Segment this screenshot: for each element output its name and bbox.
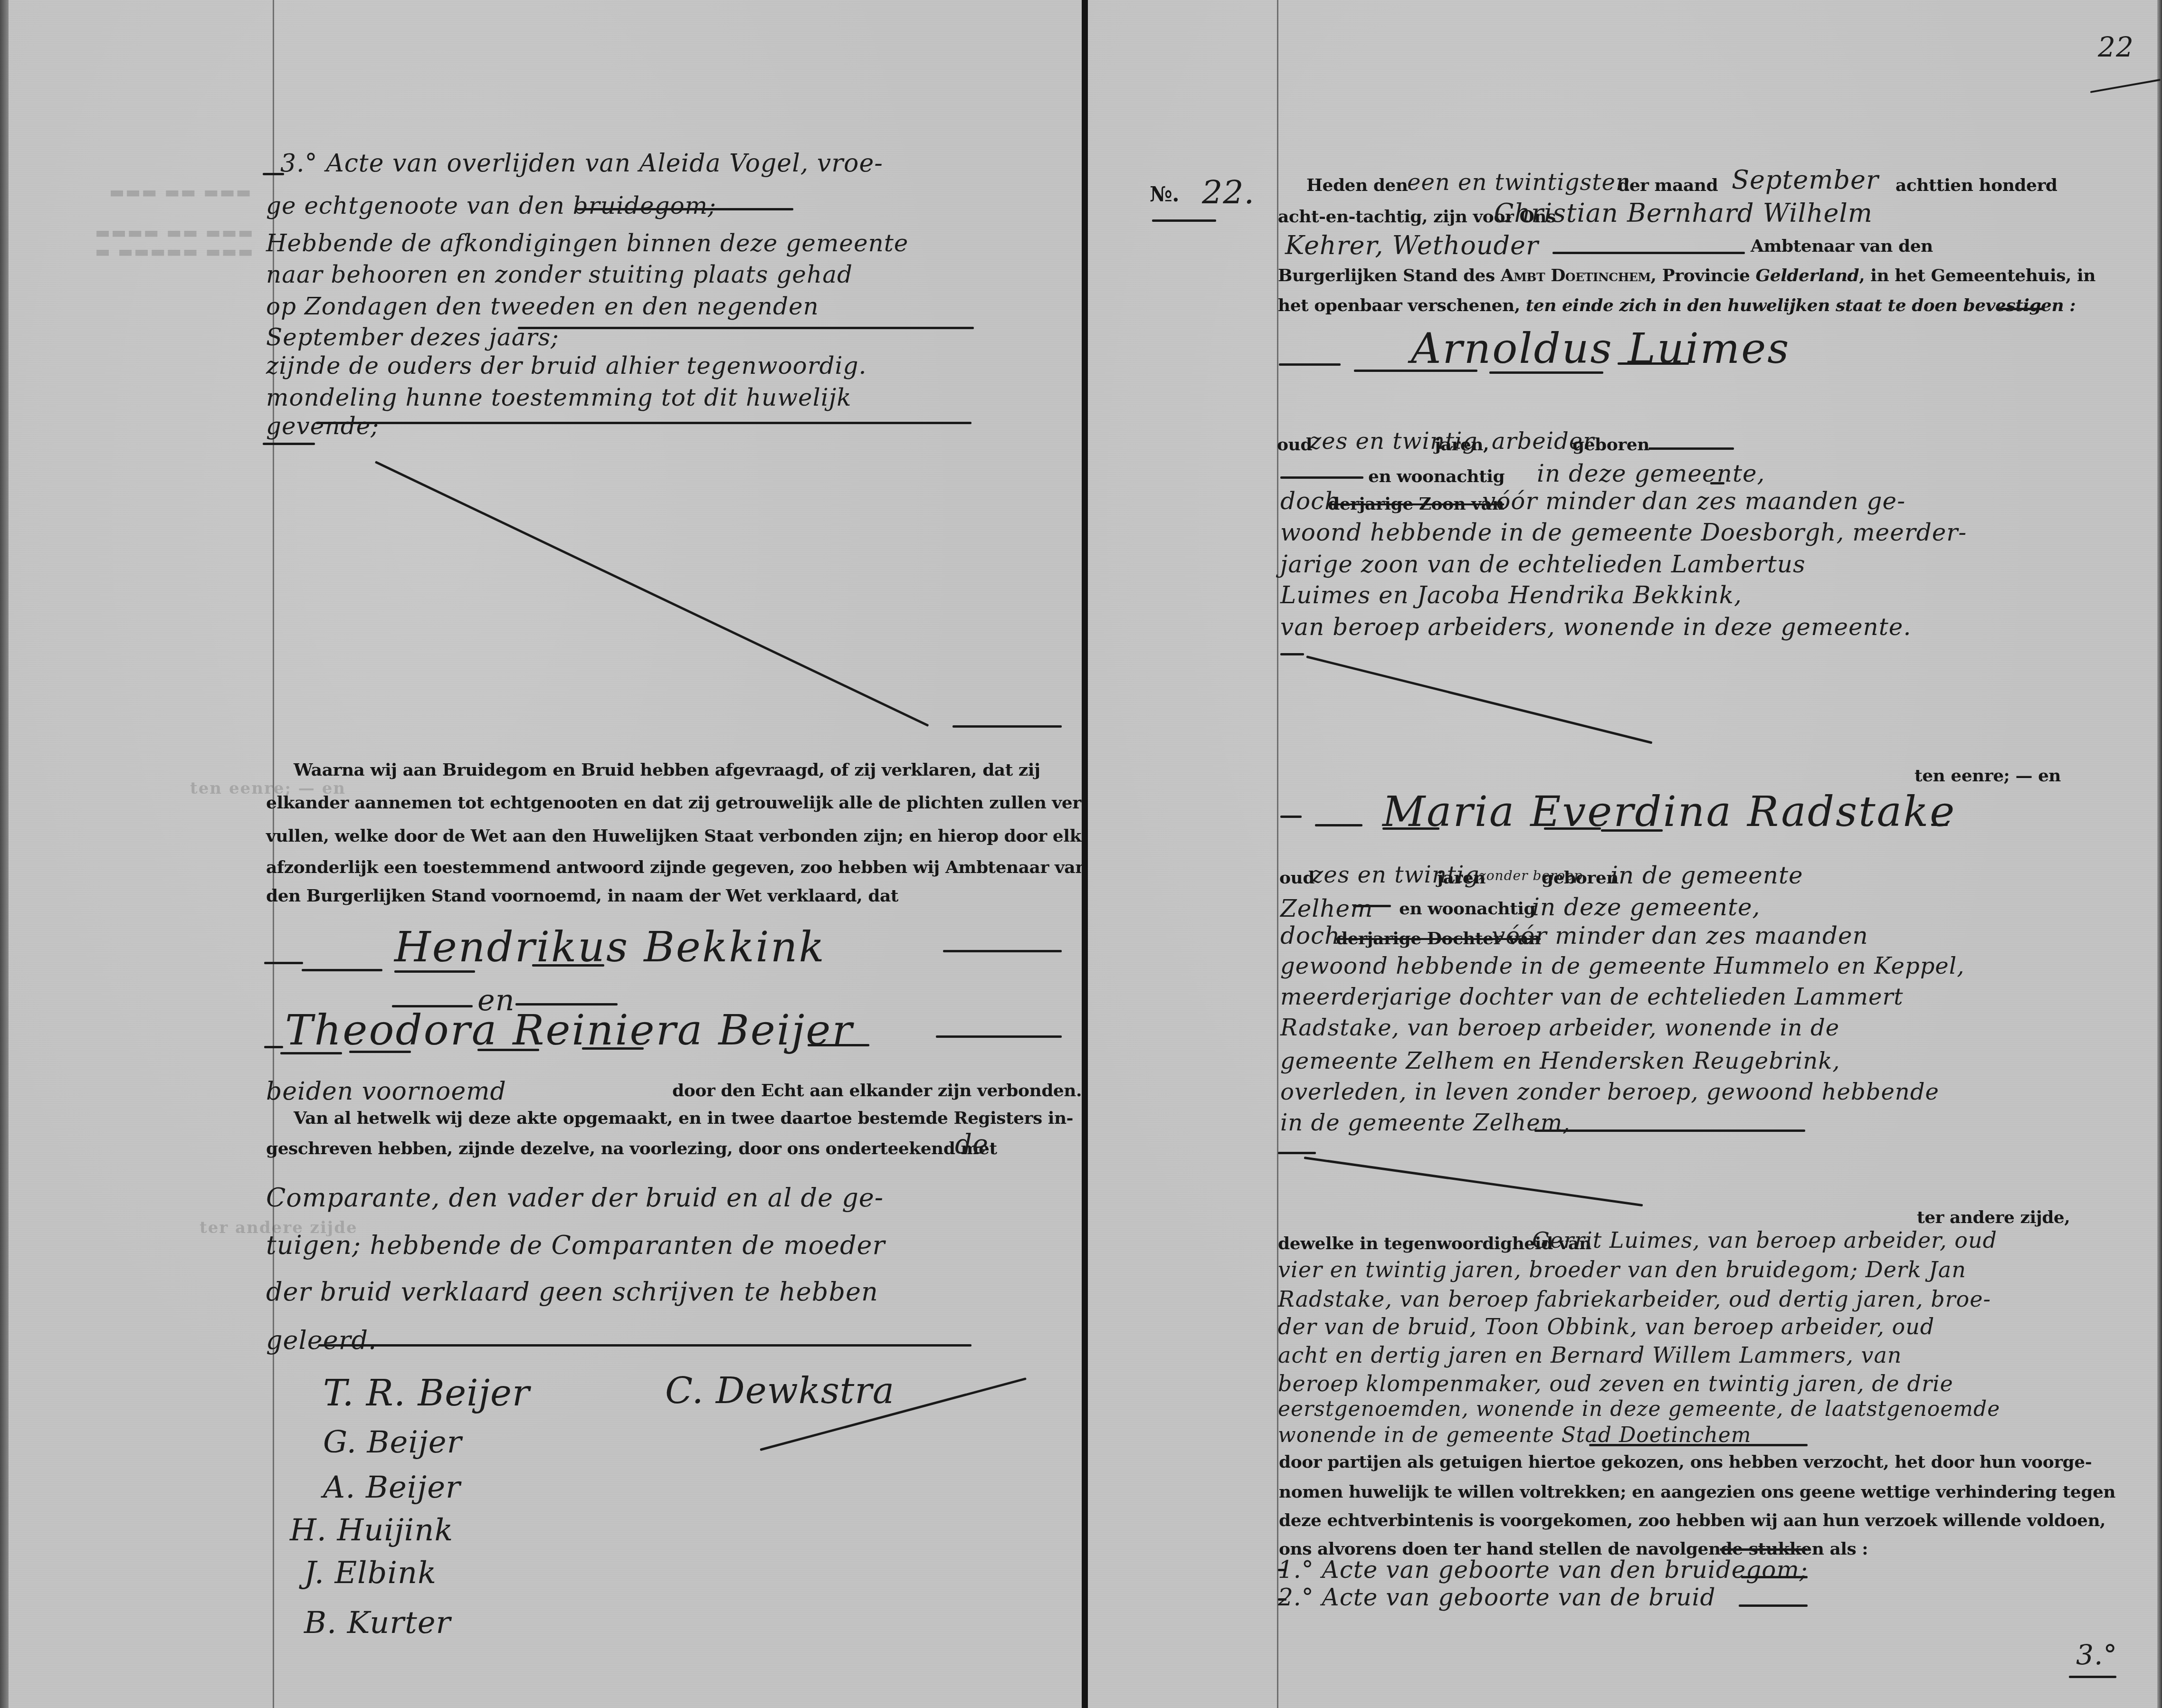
- banns-line: gevende;: [266, 414, 379, 438]
- fill-rule: [1278, 1569, 1286, 1571]
- name-underline: [1544, 827, 1601, 830]
- name-underline: [1601, 829, 1663, 832]
- closing-hand-line: tuigen; hebbende de Comparanten de moede…: [266, 1233, 885, 1258]
- bride-woonachtig: en woonachtig: [1399, 900, 1535, 917]
- banns-line: op Zondagen den tweeden en den negenden: [266, 294, 819, 318]
- declaration-line: afzonderlijk een toestemmend antwoord zi…: [266, 859, 1087, 876]
- united-statement: door den Echt aan elkander zijn verbonde…: [672, 1082, 1082, 1099]
- signature: T. R. Beijer: [323, 1375, 530, 1411]
- witness-line: beroep klompenmaker, oud zeven en twinti…: [1278, 1373, 1953, 1395]
- bride-name: Theodora Reiniera Beijer: [285, 1009, 853, 1051]
- header-der-maand: der maand: [1618, 177, 1718, 194]
- groom-jaren: jaren,: [1435, 436, 1489, 453]
- name-underline: [477, 1049, 539, 1051]
- official-name-2: Kehrer, Wethouder: [1285, 233, 1539, 258]
- name-underline: [302, 969, 382, 971]
- signature: A. Beijer: [323, 1472, 461, 1503]
- fill-rule: [1152, 219, 1216, 222]
- witness-line: eerstgenoemden, wonende in deze gemeente…: [1278, 1399, 2000, 1420]
- groom-details: Luimes en Jacoba Hendrika Bekkink,: [1280, 583, 1742, 607]
- witness-line: acht en dertig jaren en Bernard Willem L…: [1278, 1344, 1902, 1366]
- request-line: door partijen als getuigen hiertoe gekoz…: [1279, 1453, 2092, 1471]
- closing-hand-line: Comparante, den vader der bruid en al de…: [266, 1185, 884, 1211]
- bride-geboren: geboren: [1542, 869, 1619, 886]
- fill-rule: [952, 725, 1062, 728]
- banns-line: Hebbende de afkondigingen binnen deze ge…: [266, 231, 908, 255]
- right-margin-rule: [1277, 0, 1278, 1708]
- day-hand: een en twintigsten: [1407, 171, 1631, 194]
- witness-line: Radstake, van beroep fabriekarbeider, ou…: [1278, 1288, 1991, 1310]
- name-underline: [394, 970, 475, 973]
- header-year-1: achttien honderd: [1895, 177, 2057, 194]
- bride-details: gewoond hebbende in de gemeente Hummelo …: [1280, 955, 1964, 977]
- name-underline: [280, 1052, 342, 1054]
- header-ambtenaar: Ambtenaar van den: [1751, 237, 1933, 255]
- request-line: nomen huwelijk te willen voltrekken; en …: [1279, 1483, 2115, 1500]
- folio-flourish: [2090, 79, 2161, 93]
- witness-line: wonende in de gemeente Stad Doetinchem: [1278, 1425, 1752, 1446]
- groom-details: jarige zoon van de echtelieden Lambertus: [1280, 552, 1806, 576]
- entry-number-label: №.: [1150, 184, 1179, 205]
- fill-rule: [1739, 1604, 1808, 1607]
- bride-details: Radstake, van beroep arbeider, wonende i…: [1280, 1016, 1839, 1039]
- groom-geboren: geboren: [1572, 436, 1649, 453]
- declaration-line: den Burgerlijken Stand voornoemd, in naa…: [266, 887, 898, 904]
- name-underline: [1354, 370, 1477, 372]
- declaration-line: vullen, welke door de Wet aan den Huweli…: [266, 827, 1081, 845]
- fill-rule: [1279, 363, 1341, 366]
- groom-struck: derjarige Zoon van: [1328, 495, 1504, 512]
- fill-rule: [1278, 1152, 1316, 1154]
- fill-rule: [943, 950, 1062, 952]
- fill-rule: [264, 962, 303, 964]
- cancel-diagonal: [375, 461, 929, 727]
- witness-line: vier en twintig jaren, broeder van den b…: [1278, 1259, 1966, 1281]
- fill-rule: [1648, 447, 1734, 450]
- bride-details: gemeente Zelhem en Hendersken Reugebrink…: [1280, 1050, 1840, 1072]
- folio-number: 22: [2098, 33, 2134, 61]
- fill-rule: [1710, 482, 1724, 484]
- closing-hand-de: de: [955, 1131, 989, 1158]
- groom-name: Arnoldus Luimes: [1411, 328, 1791, 370]
- fill-rule: [936, 1035, 1062, 1038]
- fill-rule: [1280, 476, 1363, 479]
- document-item: 2.° Acte van geboorte van de bruid: [1278, 1585, 1715, 1609]
- fill-rule: [1618, 362, 1689, 365]
- fill-rule: [1534, 1129, 1805, 1132]
- fill-rule: [1998, 308, 2043, 310]
- fill-rule: [263, 173, 284, 175]
- fill-rule: [263, 443, 315, 445]
- groom-residence: in deze gemeente,: [1537, 462, 1765, 485]
- bride-doch: doch: [1280, 924, 1340, 948]
- cancel-diagonal: [1306, 655, 1652, 744]
- fill-rule: [518, 327, 974, 329]
- groom-details: van beroep arbeiders, wonende in deze ge…: [1280, 615, 1911, 639]
- name-underline: [1382, 827, 1439, 830]
- groom-name: Hendrikus Bekkink: [394, 926, 826, 968]
- fill-rule: [1280, 653, 1304, 655]
- declaration-line: Waarna wij aan Bruidegom en Bruid hebben…: [294, 761, 1040, 778]
- name-underline: [532, 964, 604, 967]
- signature: H. Huijink: [290, 1515, 453, 1546]
- header-line-3: Burgerlijken Stand des Ambt Doetinchem, …: [1278, 267, 2095, 284]
- catchword: 3.°: [2076, 1641, 2117, 1669]
- name-underline: [582, 1047, 644, 1050]
- cancel-diagonal: [1304, 1157, 1643, 1206]
- closing-hand-line: geleerd.: [266, 1328, 377, 1353]
- fill-rule: [2069, 1676, 2116, 1678]
- bride-birthplace: in de gemeente: [1610, 863, 1803, 887]
- bleed-through-text: ▬▬▬ ▬▬ ▬▬▬: [109, 183, 252, 202]
- fill-rule: [1741, 1576, 1808, 1578]
- right-page: 22 №. 22. Heden den een en twintigsten d…: [1088, 0, 2162, 1708]
- header-line-4: het openbaar verschenen, ten einde zich …: [1278, 297, 2076, 314]
- closing-line: Van al hetwelk wij deze akte opgemaakt, …: [294, 1110, 1073, 1127]
- bride-birthplace: Zelhem: [1280, 897, 1373, 920]
- banns-line: mondeling hunne toestemming tot dit huwe…: [266, 386, 851, 409]
- left-page: ▬▬▬ ▬▬ ▬▬▬ ▬▬▬▬ ▬▬ ▬▬▬ ▬ ▬▬▬▬▬ ▬▬▬ ten e…: [0, 0, 1088, 1708]
- signature: G. Beijer: [323, 1427, 462, 1458]
- declaration-line: elkander aannemen tot echtgenooten en da…: [266, 794, 1088, 811]
- fill-rule: [1552, 252, 1745, 254]
- witness-line: Gerrit Luimes, van beroep arbeider, oud: [1532, 1229, 1997, 1251]
- month-hand: September: [1732, 167, 1879, 193]
- groom-woonachtig: en woonachtig: [1368, 468, 1505, 485]
- groom-details: vóór minder dan zes maanden ge-: [1482, 489, 1905, 513]
- banns-line: naar behooren en zonder stuiting plaats …: [266, 263, 853, 286]
- signature: C. Dewkstra: [665, 1373, 895, 1409]
- document-item-3-cont: ge echtgenoote van den bruidegom;: [266, 194, 716, 218]
- document-item-3: 3.° Acte van overlijden van Aleida Vogel…: [280, 151, 883, 176]
- fill-rule: [1720, 1548, 1808, 1551]
- document-item: 1.° Acte van geboorte van den bruidegom;: [1278, 1558, 1808, 1582]
- register-spread: ▬▬▬ ▬▬ ▬▬▬ ▬▬▬▬ ▬▬ ▬▬▬ ▬ ▬▬▬▬▬ ▬▬▬ ten e…: [0, 0, 2162, 1708]
- name-underline: [808, 1044, 869, 1046]
- binding-edge-left: [0, 0, 9, 1708]
- ter-andere-zijde: ter andere zijde,: [1917, 1209, 2070, 1226]
- fill-rule: [1931, 824, 1948, 826]
- banns-line: September dezes jaars;: [266, 325, 559, 349]
- official-name-1: Christian Bernhard Wilhelm: [1494, 200, 1873, 226]
- signature: B. Kurter: [304, 1608, 451, 1638]
- bleed-through-text: ▬ ▬▬▬▬▬ ▬▬▬: [95, 242, 254, 261]
- name-underline: [349, 1051, 411, 1053]
- bride-details: overleden, in leven zonder beroep, gewoo…: [1280, 1081, 1939, 1103]
- entry-number: 22.: [1202, 177, 1255, 209]
- request-line: deze echtverbintenis is voorgekomen, zoo…: [1279, 1512, 2105, 1529]
- name-underline: [1489, 371, 1603, 374]
- header-heden: Heden den: [1306, 177, 1408, 194]
- name-underline: [1315, 824, 1362, 826]
- fill-rule: [316, 422, 971, 424]
- closing-line: geschreven hebben, zijnde dezelve, na vo…: [266, 1140, 997, 1157]
- fill-rule: [575, 208, 793, 210]
- closing-hand-line: der bruid verklaard geen schrijven te he…: [266, 1279, 878, 1305]
- ten-eenre: ten eenre; — en: [1914, 767, 2061, 784]
- fill-rule: [1589, 1444, 1808, 1446]
- bride-oud: oud: [1279, 869, 1314, 886]
- signature: J. Elbink: [304, 1558, 437, 1588]
- fill-rule: [318, 1344, 971, 1347]
- fill-rule: [1278, 1598, 1286, 1601]
- bride-residence: in deze gemeente,: [1532, 895, 1760, 919]
- bride-jaren: jaren: [1437, 869, 1486, 886]
- both-named: beiden voornoemd: [266, 1079, 506, 1104]
- fill-rule: [1353, 905, 1391, 907]
- groom-oud: oud: [1277, 436, 1312, 453]
- province: Gelderland: [1756, 266, 1859, 285]
- bleed-through-text: ▬▬▬▬ ▬▬ ▬▬▬: [95, 223, 254, 242]
- bride-details: meerderjarige dochter van de echtelieden…: [1280, 986, 1904, 1008]
- fill-rule: [264, 1046, 283, 1048]
- groom-details: woond hebbende in de gemeente Doesborgh,…: [1280, 521, 1967, 544]
- bride-name: Maria Everdina Radstake: [1382, 791, 1956, 833]
- bride-details: vóór minder dan zes maanden: [1492, 924, 1868, 948]
- fill-rule: [1280, 816, 1302, 818]
- banns-line: zijnde de ouders der bruid alhier tegenw…: [266, 354, 867, 378]
- municipality: Ambt Doetinchem: [1501, 266, 1651, 285]
- bride-details: in de gemeente Zelhem,: [1280, 1111, 1570, 1134]
- witness-line: der van de bruid, Toon Obbink, van beroe…: [1278, 1316, 1934, 1338]
- binding-edge-right: [2157, 0, 2162, 1708]
